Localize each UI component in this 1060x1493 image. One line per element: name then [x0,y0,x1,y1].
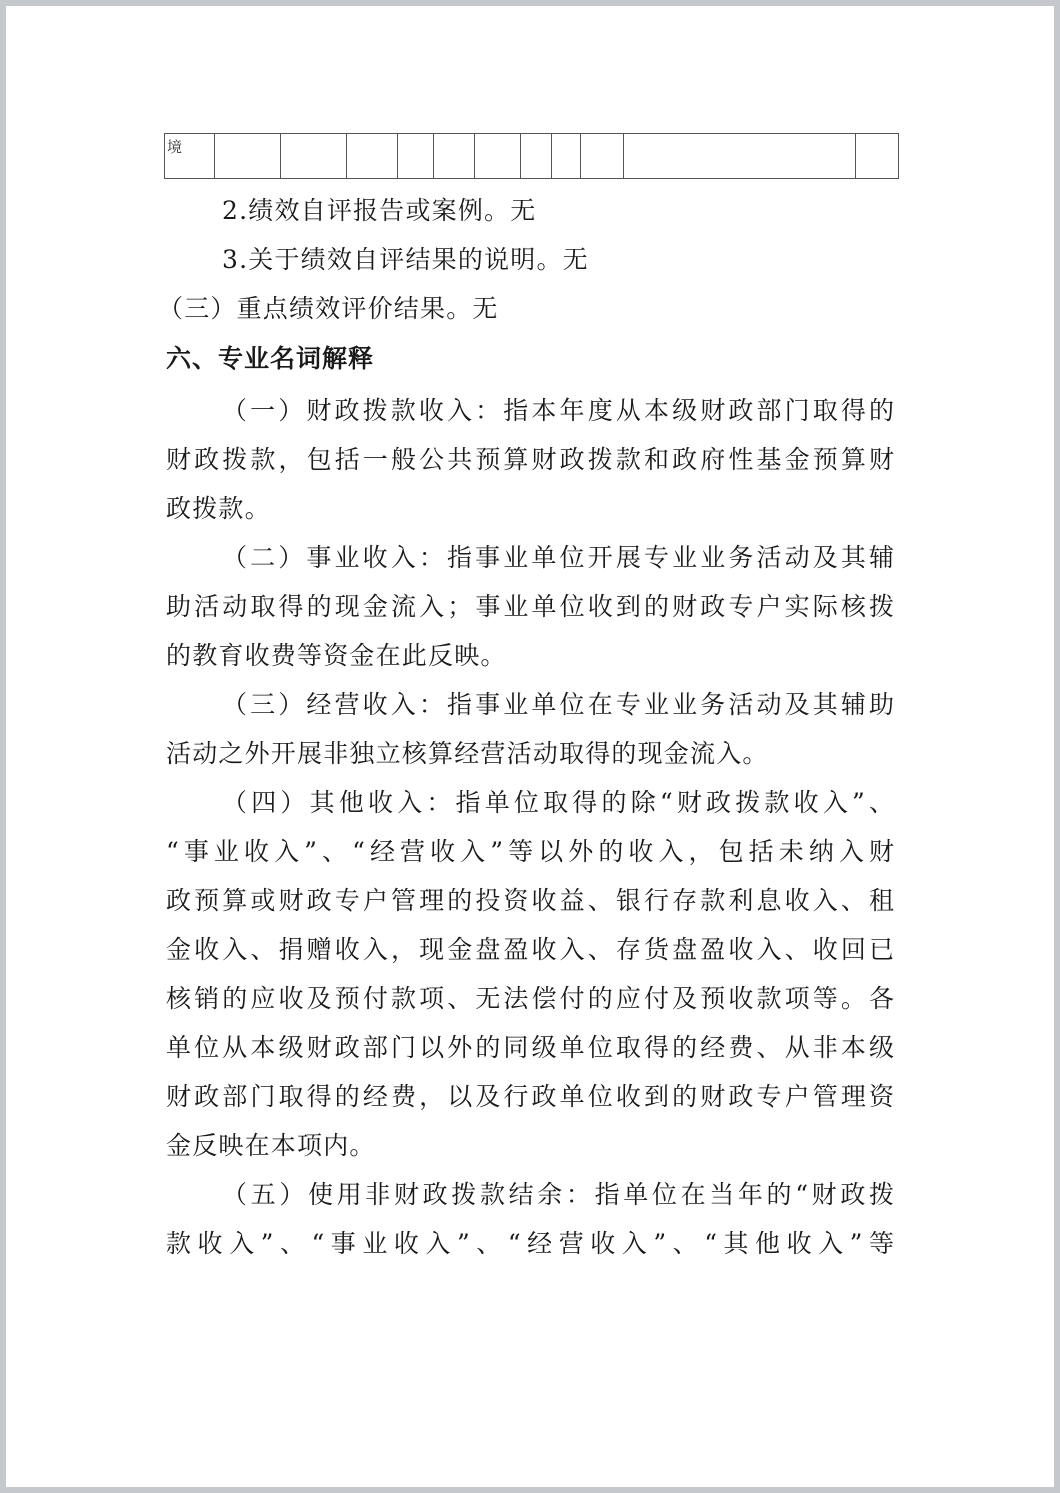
paragraph-line: （四）其他收入：指单位取得的除“财政拨款收入”、 [222,788,894,818]
paragraph-line: “事业收入”、“经营收入”等以外的收入，包括未纳入财 [166,837,894,867]
paragraph-line: 核销的应收及预付款项、无法偿付的应付及预收款项等。各 [166,984,894,1014]
table-cell [398,134,434,179]
paragraph-line: 的教育收费等资金在此反映。 [166,641,906,671]
table-cell [281,134,347,179]
paragraph-line: （五）使用非财政拨款结余：指单位在当年的“财政拨 [222,1180,894,1210]
table-cell [475,134,521,179]
paragraph-line: 政预算或财政专户管理的投资收益、银行存款利息收入、租 [166,886,894,916]
paragraph-line: （一）财政拨款收入：指本年度从本级财政部门取得的 [222,396,894,426]
table-cell [624,134,856,179]
table-cell [347,134,398,179]
paragraph-line: （三）经营收入：指事业单位在专业业务活动及其辅助 [222,690,894,720]
table-cell [434,134,475,179]
table-fragment: 境 [164,133,899,179]
table-cell [856,134,899,179]
paragraph-line: 财政拨款，包括一般公共预算财政拨款和政府性基金预算财 [166,445,894,475]
section-heading-glossary: 六、专业名词解释 [166,344,906,374]
document-page: 境 2.绩效自评报告或案例。无 3.关于绩效自评结果的说明。无 （三）重点绩效评… [6,6,1054,1487]
table-cell-text: 境 [165,134,214,156]
table-cell [552,134,581,179]
paragraph-line: （二）事业收入：指事业单位开展专业业务活动及其辅 [222,543,894,573]
table-cell [521,134,552,179]
table-cell [215,134,281,179]
paragraph-line: 金收入、捐赠收入，现金盘盈收入、存货盘盈收入、收回已 [166,935,894,965]
section-key-evaluation-results: （三）重点绩效评价结果。无 [158,294,898,324]
paragraph-line: 财政部门取得的经费，以及行政单位收到的财政专户管理资 [166,1082,894,1112]
item-self-evaluation-note: 3.关于绩效自评结果的说明。无 [222,245,962,275]
paragraph-line: 金反映在本项内。 [166,1131,906,1161]
paragraph-line: 款收入”、“事业收入”、“经营收入”、“其他收入”等 [166,1229,894,1259]
item-performance-report: 2.绩效自评报告或案例。无 [222,196,962,226]
paragraph-line: 单位从本级财政部门以外的同级单位取得的经费、从非本级 [166,1033,894,1063]
table-cell [581,134,624,179]
paragraph-line: 助活动取得的现金流入；事业单位收到的财政专户实际核拨 [166,592,894,622]
paragraph-line: 活动之外开展非独立核算经营活动取得的现金流入。 [166,739,906,769]
paragraph-line: 政拨款。 [166,494,906,524]
table-cell: 境 [165,134,215,179]
